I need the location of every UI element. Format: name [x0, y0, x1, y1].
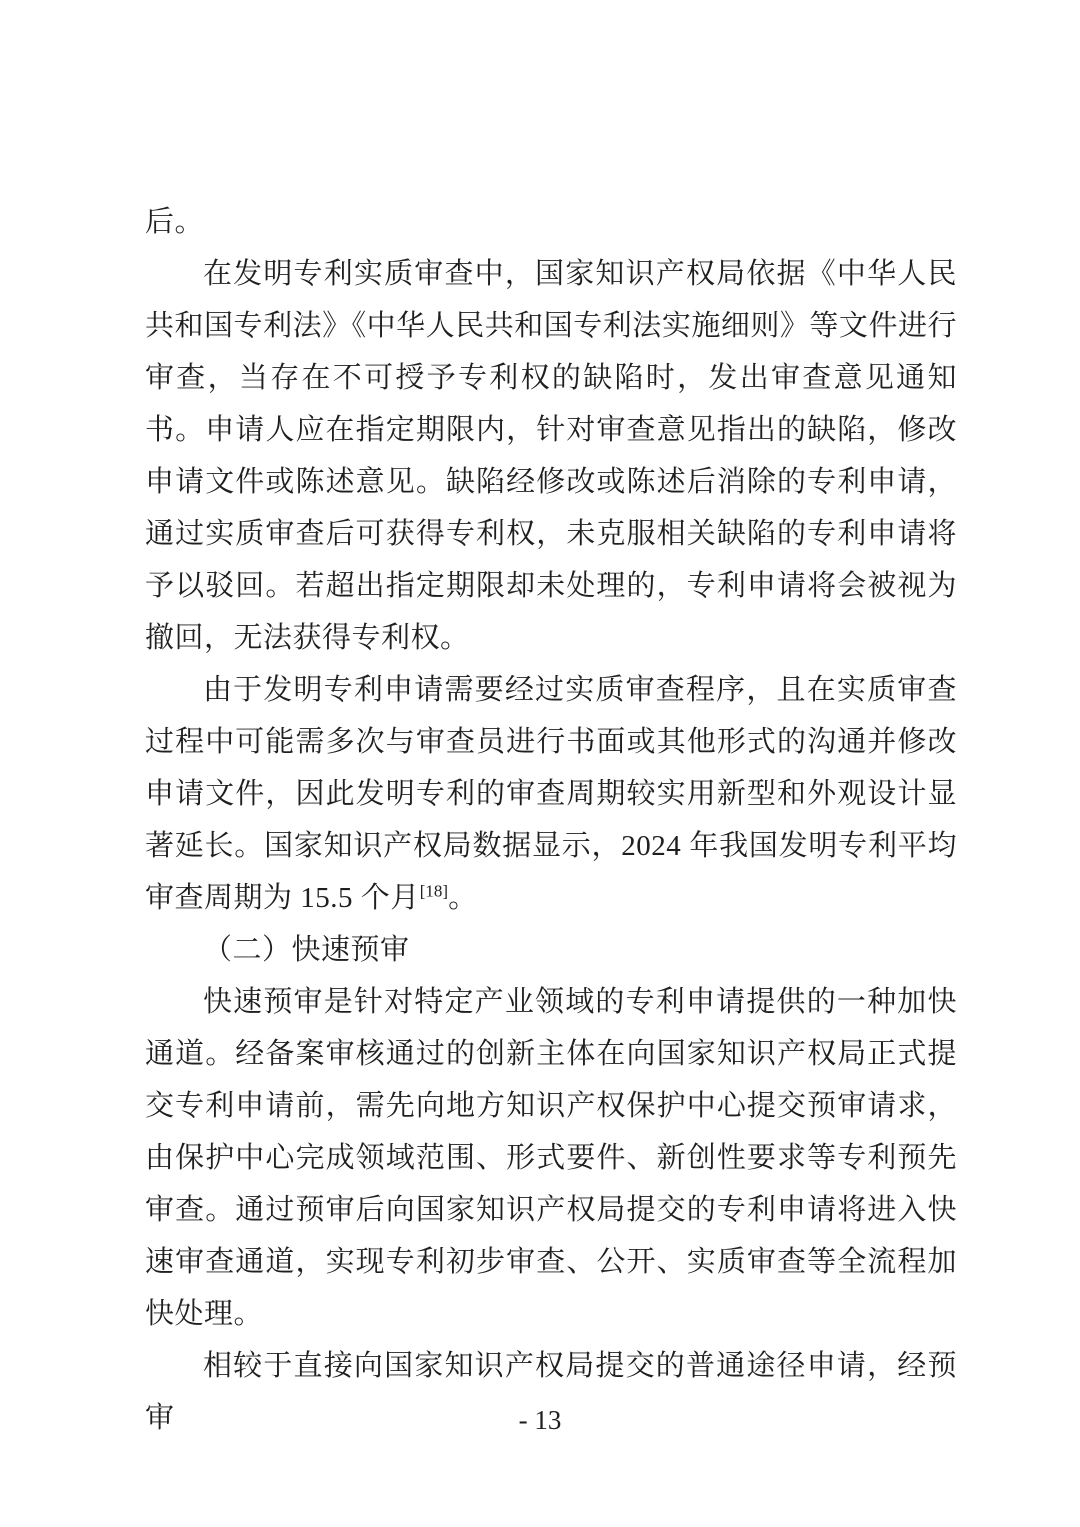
paragraph-examination-period: 由于发明专利申请需要经过实质审查程序，且在实质审查过程中可能需多次与审查员进行书…	[145, 664, 957, 924]
document-page: 后。 在发明专利实质审查中，国家知识产权局依据《中华人民共和国专利法》《中华人民…	[0, 0, 1080, 1527]
page-footer: - 13	[0, 1400, 1080, 1440]
paragraph-text: 由于发明专利申请需要经过实质审查程序，且在实质审查过程中可能需多次与审查员进行书…	[145, 674, 957, 914]
paragraph-substantive-examination: 在发明专利实质审查中，国家知识产权局依据《中华人民共和国专利法》《中华人民共和国…	[145, 248, 957, 664]
paragraph-continuation: 后。	[145, 196, 957, 248]
section-heading-rapid-preexamination: （二）快速预审	[145, 924, 957, 976]
page-number: - 13	[519, 1405, 562, 1435]
paragraph-rapid-preexamination-intro: 快速预审是针对特定产业领域的专利申请提供的一种加快通道。经备案审核通过的创新主体…	[145, 976, 957, 1340]
footnote-reference-18: [18]	[420, 881, 448, 900]
page-body-text: 后。 在发明专利实质审查中，国家知识产权局依据《中华人民共和国专利法》《中华人民…	[145, 196, 957, 1444]
paragraph-text-after-footnote: 。	[448, 882, 478, 914]
